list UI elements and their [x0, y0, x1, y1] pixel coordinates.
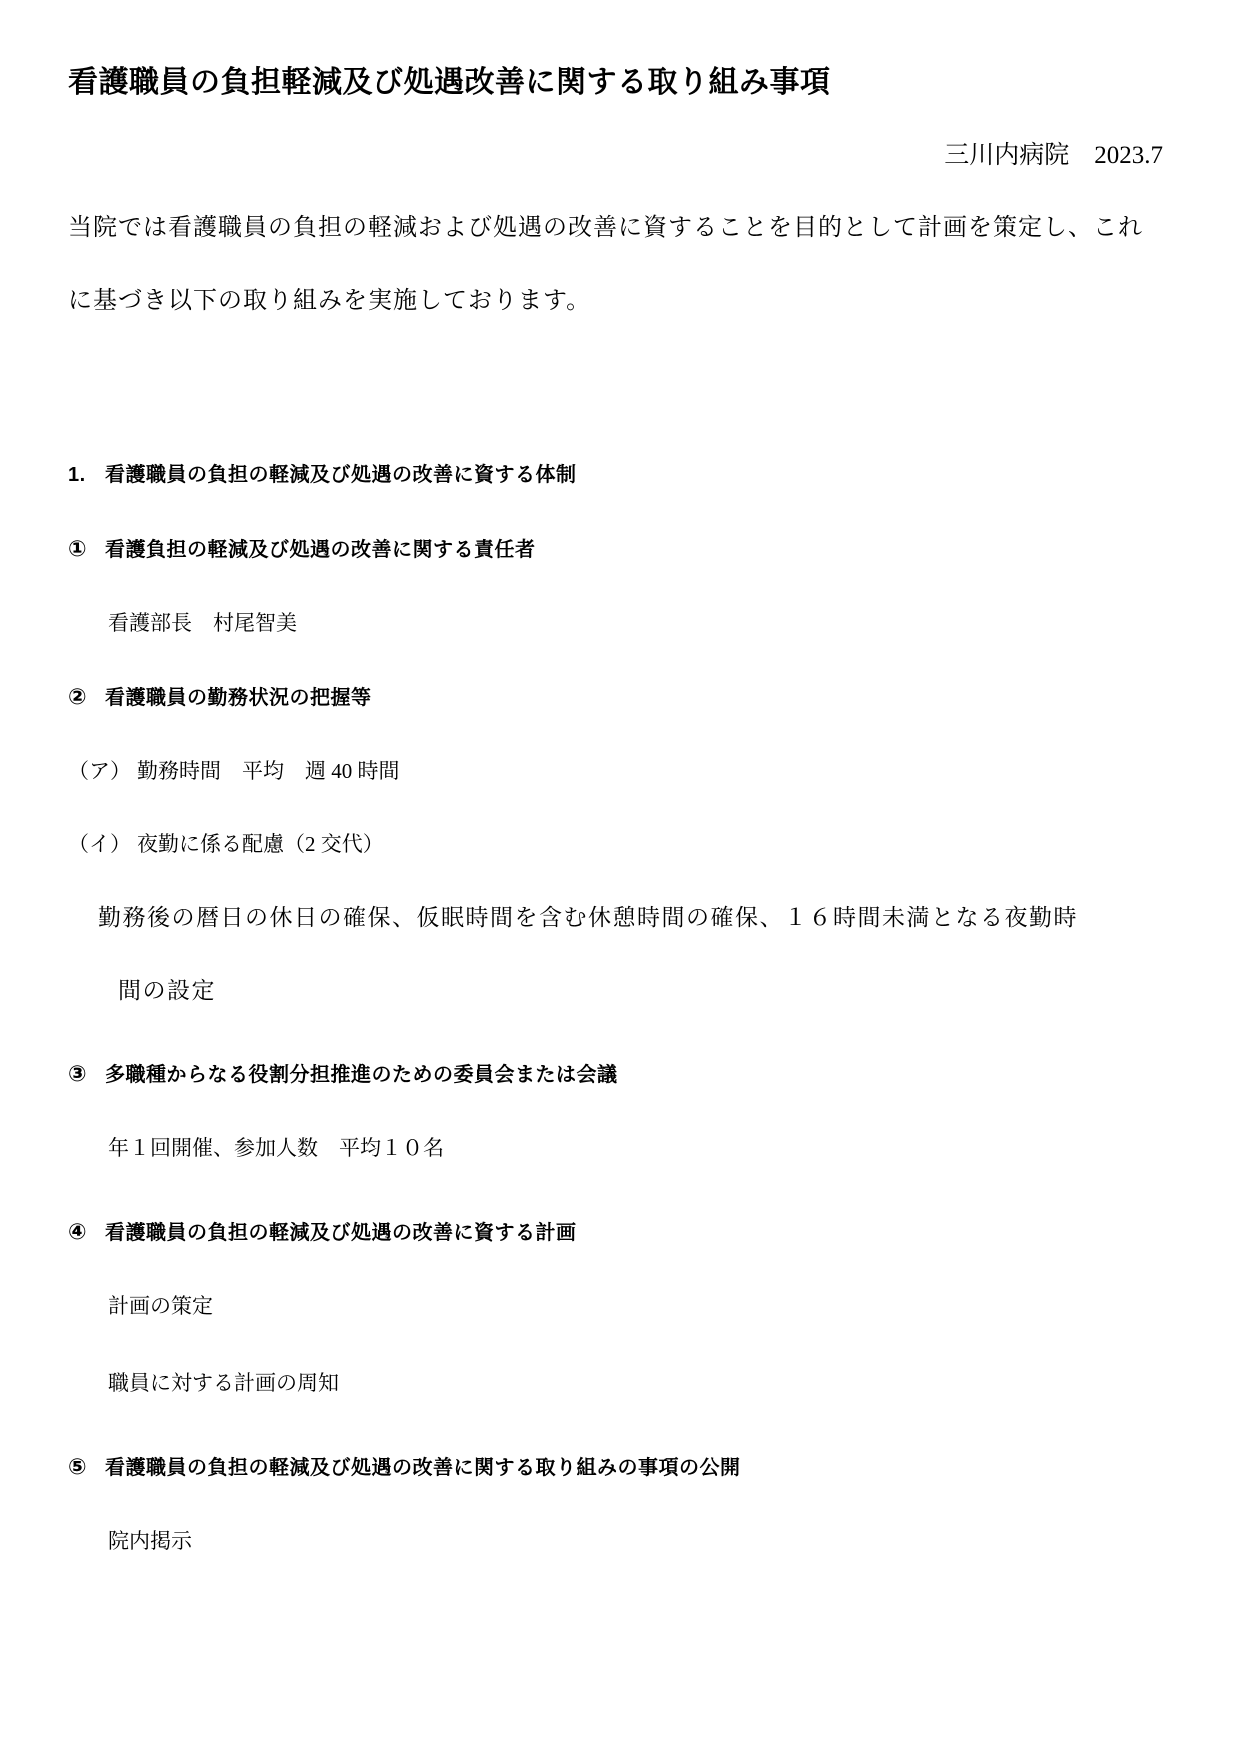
item-2-night-shift-note-line-2: 間の設定 — [68, 954, 1163, 1027]
item-4-body-plan-notification: 職員に対する計画の周知 — [68, 1347, 1163, 1420]
item-2-sub-a-marker: （ア） — [68, 735, 137, 808]
item-2-circled-number: ② — [68, 660, 105, 733]
item-2-sub-a-text: 勤務時間 平均 週 40 時間 — [137, 735, 400, 808]
item-2-sub-b-marker: （イ） — [68, 808, 137, 881]
item-4-body-plan-formulation: 計画の策定 — [68, 1270, 1163, 1343]
item-4-circled-number: ④ — [68, 1195, 105, 1268]
item-2-heading-text: 看護職員の勤務状況の把握等 — [105, 662, 372, 735]
item-3-circled-number: ③ — [68, 1037, 105, 1110]
document-title: 看護職員の負担軽減及び処遇改善に関する取り組み事項 — [68, 46, 1163, 119]
item-1-circled-number: ① — [68, 512, 105, 585]
item-2-sub-a: （ア） 勤務時間 平均 週 40 時間 — [68, 735, 1163, 808]
section-1-number: 1. — [68, 439, 105, 512]
item-1-heading-text: 看護負担の軽減及び処遇の改善に関する責任者 — [105, 514, 536, 587]
item-3-heading: ③ 多職種からなる役割分担推進のための委員会または会議 — [68, 1037, 1163, 1112]
item-2-sub-b: （イ） 夜勤に係る配慮（2 交代） — [68, 808, 1163, 881]
item-4-heading-text: 看護職員の負担の軽減及び処遇の改善に資する計画 — [105, 1197, 577, 1270]
item-4-heading: ④ 看護職員の負担の軽減及び処遇の改善に資する計画 — [68, 1195, 1163, 1270]
section-1-heading: 1. 看護職員の負担の軽減及び処遇の改善に資する体制 — [68, 439, 1163, 512]
item-1-heading: ① 看護負担の軽減及び処遇の改善に関する責任者 — [68, 512, 1163, 587]
document-page: 看護職員の負担軽減及び処遇改善に関する取り組み事項 三川内病院 2023.7 当… — [0, 0, 1241, 1755]
item-2-night-shift-note-line-1: 勤務後の暦日の休日の確保、仮眠時間を含む休憩時間の確保、１６時間未満となる夜勤時 — [68, 881, 1163, 954]
intro-paragraph-line-2: に基づき以下の取り組みを実施しております。 — [68, 265, 1163, 338]
item-5-heading: ⑤ 看護職員の負担の軽減及び処遇の改善に関する取り組みの事項の公開 — [68, 1430, 1163, 1505]
item-2-heading: ② 看護職員の勤務状況の把握等 — [68, 660, 1163, 735]
hospital-name-and-date: 三川内病院 2023.7 — [68, 119, 1163, 192]
section-1-heading-text: 看護職員の負担の軽減及び処遇の改善に資する体制 — [105, 439, 577, 512]
item-5-heading-text: 看護職員の負担の軽減及び処遇の改善に関する取り組みの事項の公開 — [105, 1432, 741, 1505]
item-3-heading-text: 多職種からなる役割分担推進のための委員会または会議 — [105, 1039, 618, 1112]
item-5-circled-number: ⑤ — [68, 1430, 105, 1503]
item-2-sub-b-text: 夜勤に係る配慮（2 交代） — [137, 808, 384, 881]
intro-paragraph-line-1: 当院では看護職員の負担の軽減および処遇の改善に資することを目的として計画を策定し… — [68, 192, 1163, 265]
item-3-body-meeting-frequency: 年１回開催、参加人数 平均１０名 — [68, 1112, 1163, 1185]
item-5-body-in-hospital-posting: 院内掲示 — [68, 1505, 1163, 1578]
item-1-body-nursing-director: 看護部長 村尾智美 — [68, 587, 1163, 660]
